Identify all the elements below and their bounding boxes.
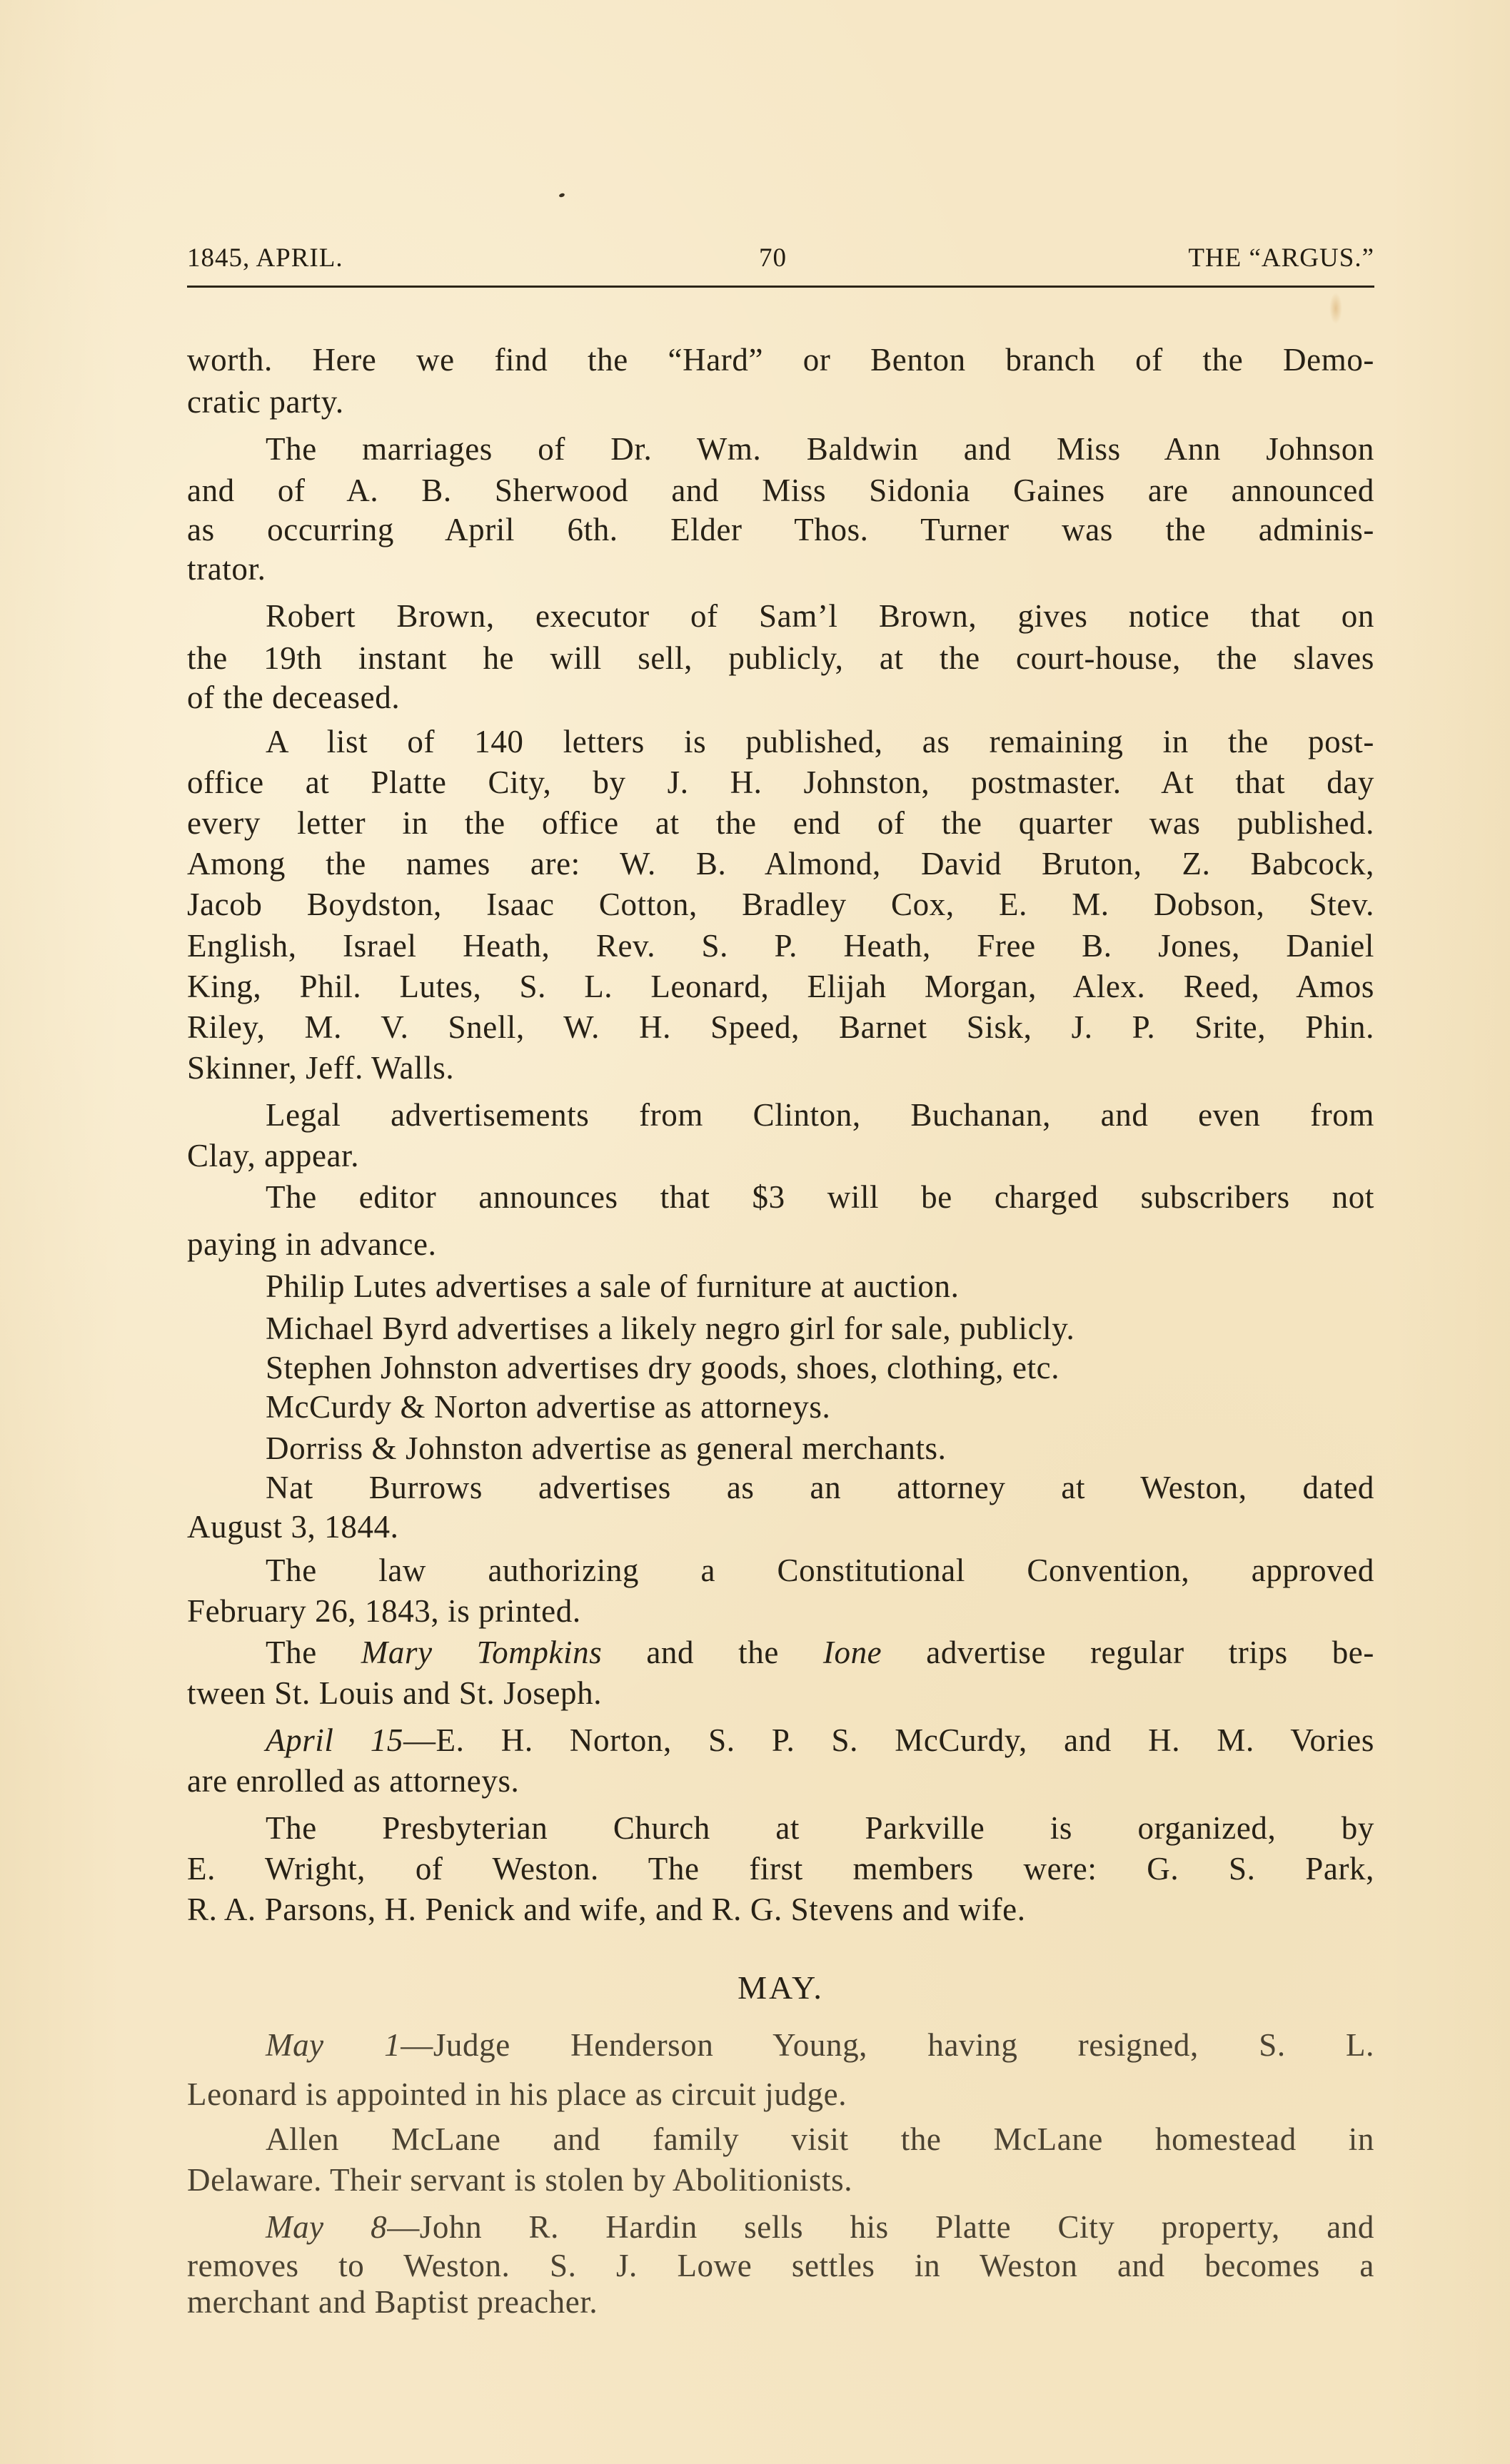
paragraph-first-line: A list of 140 letters is published, as r… (266, 723, 1374, 760)
paragraph-first-line: The marriages of Dr. Wm. Baldwin and Mis… (266, 430, 1374, 468)
text-line: Riley, M. V. Snell, W. H. Speed, Barnet … (187, 1009, 1374, 1046)
paragraph-first-line: Michael Byrd advertises a likely negro g… (266, 1310, 1374, 1347)
text-line: office at Platte City, by J. H. Johnston… (187, 764, 1374, 801)
paragraph-first-line: April 15—E. H. Norton, S. P. S. McCurdy,… (266, 1722, 1374, 1759)
text-line: are enrolled as attorneys. (187, 1762, 1374, 1799)
text-line: Leonard is appointed in his place as cir… (187, 2076, 1374, 2113)
text-line: trator. (187, 550, 1374, 587)
italic-text: May 1 (266, 2027, 401, 2063)
paper-speck (558, 193, 565, 198)
text-line: and of A. B. Sherwood and Miss Sidonia G… (187, 472, 1374, 509)
header-rule (187, 286, 1374, 288)
text-line: King, Phil. Lutes, S. L. Leonard, Elijah… (187, 968, 1374, 1005)
paragraph-first-line: May 8—John R. Hardin sells his Platte Ci… (266, 2208, 1374, 2246)
text-line: E. Wright, of Weston. The first members … (187, 1850, 1374, 1887)
paragraph-first-line: Stephen Johnston advertises dry goods, s… (266, 1349, 1374, 1386)
text-line: worth. Here we find the “Hard” or Benton… (187, 341, 1374, 378)
text-line: Among the names are: W. B. Almond, David… (187, 845, 1374, 882)
text-line: tween St. Louis and St. Joseph. (187, 1675, 1374, 1712)
running-head-title: THE “ARGUS.” (1188, 243, 1374, 274)
paragraph-first-line: Legal advertisements from Clinton, Bucha… (266, 1096, 1374, 1133)
section-heading-may: MAY. (187, 1969, 1374, 2006)
text-line: the 19th instant he will sell, publicly,… (187, 640, 1374, 677)
text-line: Delaware. Their servant is stolen by Abo… (187, 2161, 1374, 2198)
italic-text: April 15 (266, 1722, 403, 1758)
text-line: of the deceased. (187, 679, 1374, 716)
text-line: paying in advance. (187, 1226, 1374, 1263)
paragraph-first-line: The law authorizing a Constitutional Con… (266, 1552, 1374, 1589)
text-line: as occurring April 6th. Elder Thos. Turn… (187, 511, 1374, 548)
paragraph-first-line: Allen McLane and family visit the McLane… (266, 2121, 1374, 2158)
italic-text: Ione (823, 1635, 882, 1670)
text-line: Jacob Boydston, Isaac Cotton, Bradley Co… (187, 886, 1374, 923)
italic-text: May 8 (266, 2209, 387, 2245)
text-line: August 3, 1844. (187, 1508, 1374, 1545)
book-page: 1845, APRIL. 70 THE “ARGUS.” worth. Here… (0, 0, 1510, 2464)
paragraph-first-line: Nat Burrows advertises as an attorney at… (266, 1469, 1374, 1506)
paragraph-first-line: The Mary Tompkins and the Ione advertise… (266, 1634, 1374, 1671)
text-line: English, Israel Heath, Rev. S. P. Heath,… (187, 927, 1374, 964)
text-line: every letter in the office at the end of… (187, 804, 1374, 842)
paragraph-first-line: McCurdy & Norton advertise as attorneys. (266, 1388, 1374, 1425)
page-number: 70 (759, 243, 787, 274)
paragraph-first-line: Robert Brown, executor of Sam’l Brown, g… (266, 597, 1374, 635)
paragraph-first-line: Philip Lutes advertises a sale of furnit… (266, 1268, 1374, 1305)
paragraph-first-line: May 1—Judge Henderson Young, having resi… (266, 2026, 1374, 2064)
text-line: February 26, 1843, is printed. (187, 1592, 1374, 1630)
running-head-date: 1845, APRIL. (187, 243, 343, 274)
running-head: 1845, APRIL. 70 THE “ARGUS.” (187, 243, 1374, 274)
text-line: Clay, appear. (187, 1137, 1374, 1174)
paper-stain (1329, 293, 1342, 324)
text-line: R. A. Parsons, H. Penick and wife, and R… (187, 1891, 1374, 1928)
italic-text: Mary Tompkins (361, 1635, 603, 1670)
text-line: removes to Weston. S. J. Lowe settles in… (187, 2247, 1374, 2284)
paragraph-first-line: The Presbyterian Church at Parkville is … (266, 1809, 1374, 1847)
paragraph-first-line: The editor announces that $3 will be cha… (266, 1178, 1374, 1216)
paragraph-first-line: Dorriss & Johnston advertise as general … (266, 1430, 1374, 1467)
text-line: merchant and Baptist preacher. (187, 2283, 1374, 2321)
text-line: Skinner, Jeff. Walls. (187, 1049, 1374, 1086)
text-line: cratic party. (187, 383, 1374, 420)
